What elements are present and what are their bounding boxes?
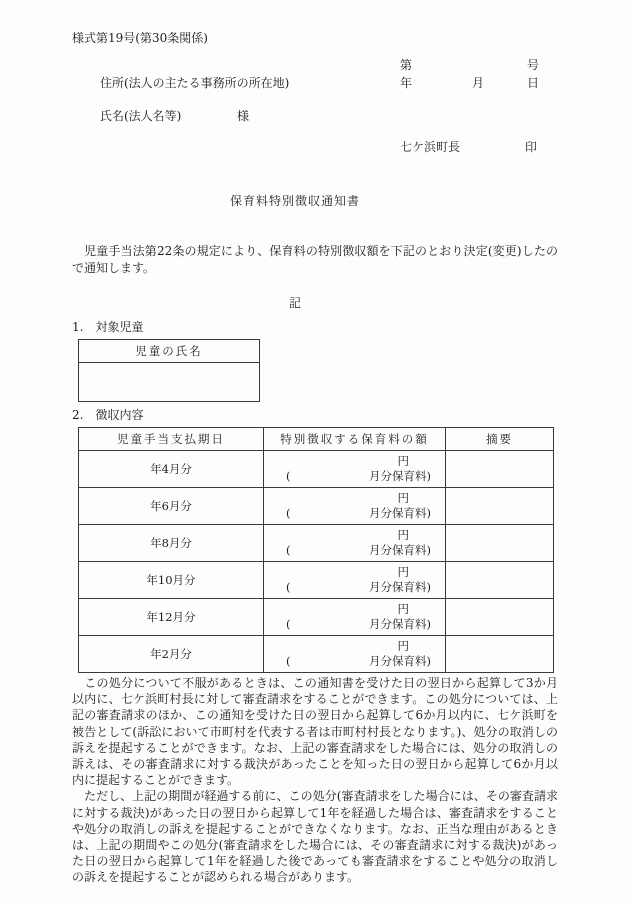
column-header-amount: 特別徴収する保育料の額 [264,428,446,451]
paren-open: ( [286,580,291,595]
table-row: 年8月分 円 (月分保育料) [79,525,554,562]
address-label: 住所(法人の主たる事務所の所在地) [100,74,289,91]
appeal-notice-paragraph-2: ただし、上記の期間が経過する前に、この処分(審査請求をした場合には、その審査請求… [72,788,558,885]
name-label: 氏名(法人名等) [100,107,181,124]
date-year-label: 年 [400,74,412,91]
note-cell [446,488,554,525]
column-header-note: 摘要 [446,428,554,451]
paren-label: 月分保育料) [369,543,431,558]
table-row: 年12月分 円 (月分保育料) [79,599,554,636]
amount-cell: 円 (月分保育料) [264,451,446,488]
period-cell: 年10月分 [79,562,264,599]
target-children-table: 児童の氏名 [78,339,260,402]
paren-open: ( [286,506,291,521]
paren-open: ( [286,617,291,632]
amount-unit: 円 [264,639,445,654]
paren-open: ( [286,654,291,669]
period-cell: 年12月分 [79,599,264,636]
period-cell: 年6月分 [79,488,264,525]
paren-label: 月分保育料) [369,580,431,595]
child-name-value-cell [79,363,260,402]
period-cell: 年4月分 [79,451,264,488]
appeal-notice: この処分について不服があるときは、この通知書を受けた日の翌日から起算して3か月以… [72,675,558,886]
appeal-notice-paragraph-1: この処分について不服があるときは、この通知書を受けた日の翌日から起算して3か月以… [72,675,558,788]
note-cell [446,636,554,673]
paren-label: 月分保育料) [369,654,431,669]
paren-label: 月分保育料) [369,617,431,632]
amount-cell: 円 (月分保育料) [264,599,446,636]
document-title: 保育料特別徴収通知書 [0,192,590,209]
seal-mark: 印 [525,138,537,155]
note-cell [446,525,554,562]
table-row: 年10月分 円 (月分保育料) [79,562,554,599]
record-marker: 記 [0,294,590,311]
period-cell: 年2月分 [79,636,264,673]
amount-unit: 円 [264,454,445,469]
doc-number-prefix: 第 [400,56,412,73]
section1-heading: 1. 対象児童 [72,318,143,335]
period-cell: 年8月分 [79,525,264,562]
paren-label: 月分保育料) [369,469,431,484]
amount-cell: 円 (月分保育料) [264,562,446,599]
issuer-name: 七ケ浜町長 [400,138,460,155]
table-row: 年2月分 円 (月分保育料) [79,636,554,673]
amount-cell: 円 (月分保育料) [264,488,446,525]
amount-unit: 円 [264,528,445,543]
amount-unit: 円 [264,602,445,617]
doc-number-suffix: 号 [527,56,539,73]
form-number: 様式第19号(第30条関係) [72,29,208,46]
amount-cell: 円 (月分保育料) [264,636,446,673]
paren-open: ( [286,543,291,558]
collection-table: 児童手当支払期日 特別徴収する保育料の額 摘要 年4月分 円 (月分保育料) 年… [78,427,554,673]
note-cell [446,562,554,599]
date-day-label: 日 [527,74,539,91]
section2-heading: 2. 徴収内容 [72,406,143,423]
honorific-label: 様 [237,107,249,124]
document-page: 様式第19号(第30条関係) 第 号 住所(法人の主たる事務所の所在地) 年 月… [0,0,630,903]
paren-open: ( [286,469,291,484]
note-cell [446,451,554,488]
child-name-header: 児童の氏名 [79,340,260,363]
intro-paragraph: 児童手当法第22条の規定により、保育料の特別徴収額を下記のとおり決定(変更)した… [72,243,558,277]
table-header-row: 児童手当支払期日 特別徴収する保育料の額 摘要 [79,428,554,451]
amount-unit: 円 [264,565,445,580]
note-cell [446,599,554,636]
amount-unit: 円 [264,491,445,506]
date-month-label: 月 [472,74,484,91]
table-row: 年6月分 円 (月分保育料) [79,488,554,525]
amount-cell: 円 (月分保育料) [264,525,446,562]
table-row: 年4月分 円 (月分保育料) [79,451,554,488]
column-header-period: 児童手当支払期日 [79,428,264,451]
paren-label: 月分保育料) [369,506,431,521]
